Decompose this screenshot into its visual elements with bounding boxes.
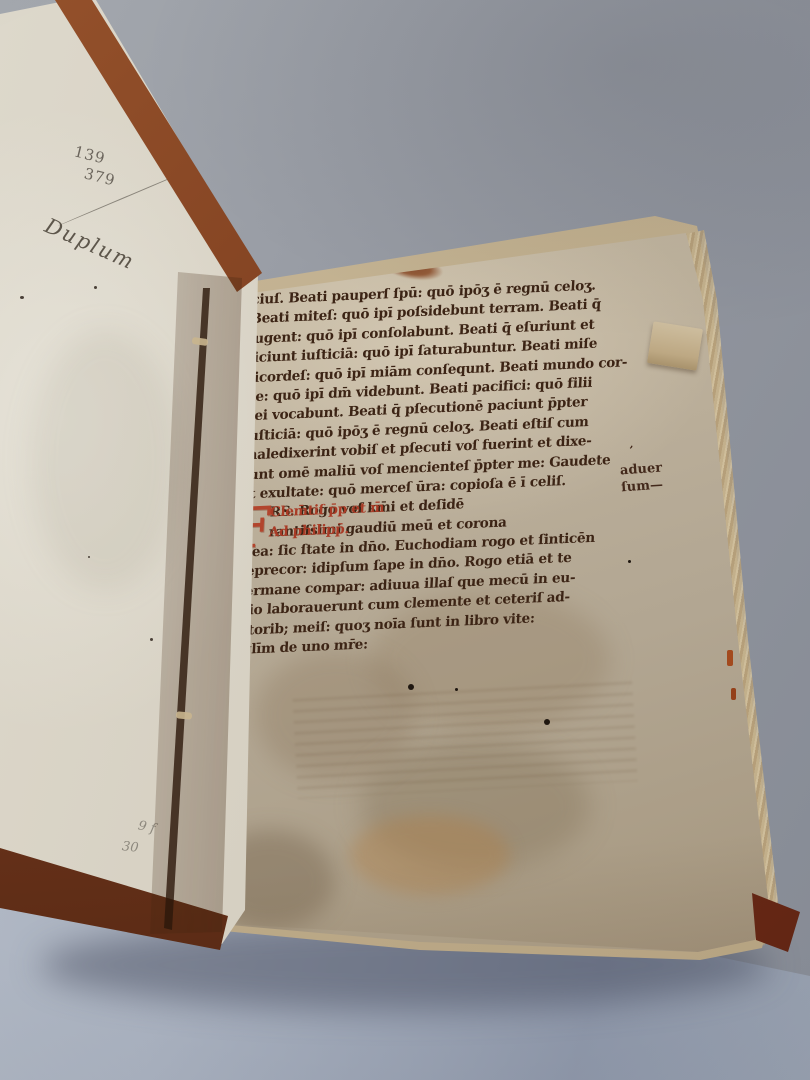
margin-note-line: ſum—: [621, 477, 664, 497]
cover-speck: [94, 286, 97, 289]
wormhole: [544, 719, 550, 725]
fore-edge-tab: [647, 321, 703, 370]
pencil-mark: 9 f: [137, 818, 157, 836]
edge-red-mark: [731, 688, 736, 700]
margin-note-aduersum: ’ aduer ſum—: [618, 443, 664, 497]
duplum-inscription: Duplum: [41, 214, 138, 275]
cover-blotch: [30, 330, 180, 590]
pencil-mark: 30: [121, 839, 139, 856]
wormhole: [408, 684, 414, 690]
cover-speck: [20, 296, 24, 299]
cover-speck: [88, 556, 90, 558]
photo-manuscript-book: F ciuſ. Beati pauperſ ſpū: quō ipōʒ ē re…: [0, 0, 810, 1080]
wormhole: [455, 688, 458, 691]
cover-speck: [150, 638, 153, 641]
manuscript-text-block: F ciuſ. Beati pauperſ ſpū: quō ipōʒ ē re…: [232, 275, 646, 661]
shelfmark-number-bottom: 379: [82, 164, 117, 189]
edge-red-mark: [727, 650, 733, 666]
shelfmark-number-top: 139: [72, 142, 107, 167]
